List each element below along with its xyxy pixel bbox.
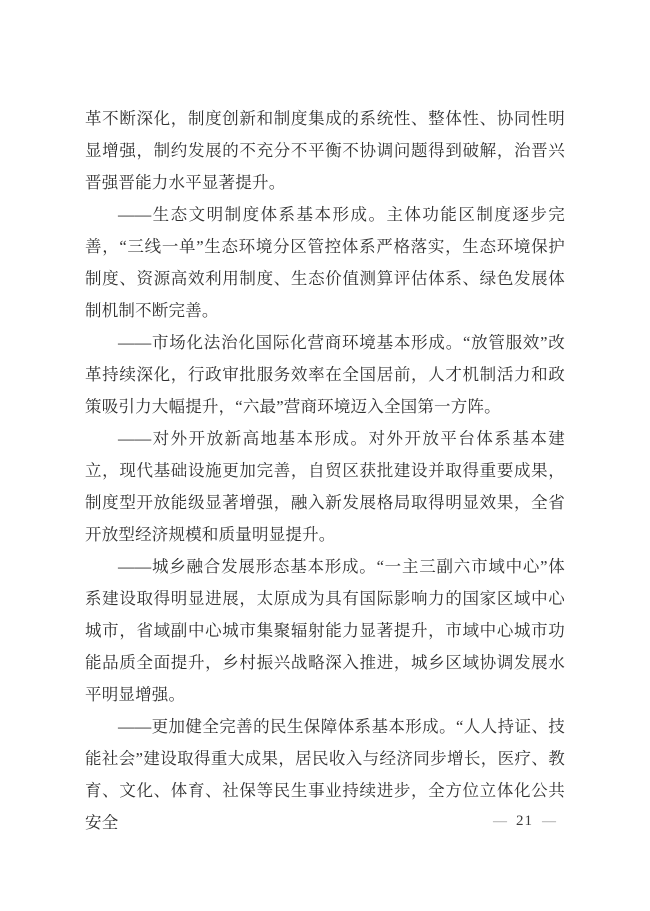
paragraph: ——市场化法治化国际化营商环境基本形成。“放管服效”改革持续深化，行政审批服务效… xyxy=(85,327,565,423)
page-number: —21— xyxy=(0,811,556,832)
page-number-dash-left: — xyxy=(493,814,507,829)
paragraph: ——生态文明制度体系基本形成。主体功能区制度逐步完善，“三线一单”生态环境分区管… xyxy=(85,199,565,327)
paragraph-continuation: 革不断深化，制度创新和制度集成的系统性、整体性、协同性明显增强，制约发展的不充分… xyxy=(85,103,565,199)
paragraph: ——城乡融合发展形态基本形成。“一主三副六市域中心”体系建设取得明显进展，太原成… xyxy=(85,551,565,711)
document-body: 革不断深化，制度创新和制度集成的系统性、整体性、协同性明显增强，制约发展的不充分… xyxy=(85,103,565,839)
document-page: 革不断深化，制度创新和制度集成的系统性、整体性、协同性明显增强，制约发展的不充分… xyxy=(0,0,650,911)
page-number-dash-right: — xyxy=(542,814,556,829)
page-number-value: 21 xyxy=(516,813,533,829)
paragraph: ——对外开放新高地基本形成。对外开放平台体系基本建立，现代基础设施更加完善，自贸… xyxy=(85,423,565,551)
